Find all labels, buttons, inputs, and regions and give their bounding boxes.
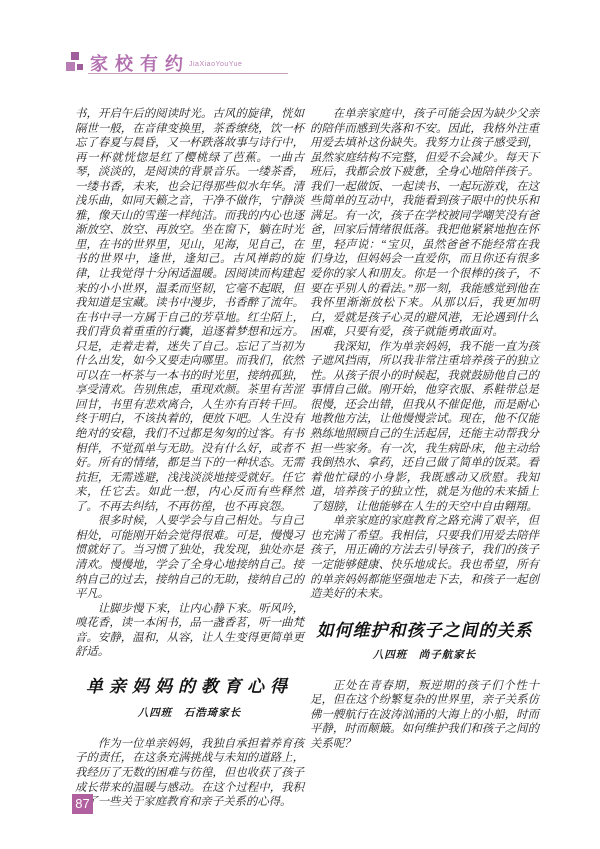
page-number-badge: 87 [72,794,93,814]
paragraph: 作为一位单亲妈妈，我独自承担着养育孩子的责任，在这条充满挑战与未知的道路上，我经… [75,737,304,810]
logo-square [77,64,83,70]
article-title: 如何维护和孩子之间的关系 [310,624,539,639]
right-column: 在单亲家庭中，孩子可能会因为缺少父亲的陪伴而感到失落和不安。因此，我格外注重用爱… [310,107,539,751]
logo-square [66,62,75,71]
squares-logo-icon [66,52,86,74]
paragraph: 让脚步慢下来，让内心静下来。听风吟，嗅花香，读一本闲书，品一盏香茗，听一曲梵音。… [75,602,304,660]
left-column: 书，开启午后的阅读时光。古风的旋律，恍如隔世一般，在音律变换里，茶香缭绕，饮一杯… [75,107,304,810]
paragraph: 在单亲家庭中，孩子可能会因为缺少父亲的陪伴而感到失落和不安。因此，我格外注重用爱… [310,107,539,340]
paragraph: 很多时候，人要学会与自己相处。与自己相处，可能刚开始会觉得很难。可是，慢慢习惯就… [75,514,304,601]
article-byline: 八四班 尚子航家长 [310,649,539,664]
paragraph: 正处在青春期，叛逆期的孩子们个性十足，但在这个纷繁复杂的世界里，亲子关系仿佛一艘… [310,679,539,752]
magazine-page: 家校有约 JiaXiaoYouYue 书，开启午后的阅读时光。古风的旋律，恍如隔… [0,0,600,849]
logo-square [71,52,79,60]
section-subtitle: JiaXiaoYouYue [189,61,242,68]
article-title: 单亲妈妈的教育心得 [75,680,304,695]
header-underline [88,73,288,74]
page-header: 家校有约 JiaXiaoYouYue [66,50,536,80]
paragraph: 单亲家庭的家庭教育之路充满了艰辛，但也充满了希望。我相信，只要我们用爱去陪伴孩子… [310,514,539,601]
paragraph: 我深知，作为单亲妈妈，我不能一直为孩子遮风挡雨，所以我非常注重培养孩子的独立性。… [310,340,539,515]
article-byline: 八四班 石浩琦家长 [75,707,304,722]
paragraph: 书，开启午后的阅读时光。古风的旋律，恍如隔世一般，在音律变换里，茶香缭绕，饮一杯… [75,107,304,514]
